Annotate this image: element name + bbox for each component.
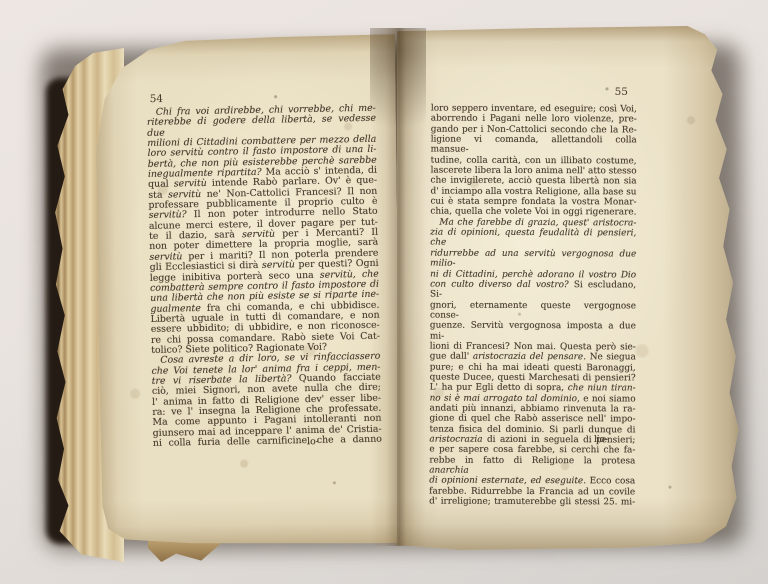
right-page: 55 loro seppero inventare, ed eseguire; …: [397, 26, 747, 550]
text-segment: d' inciampo alla vostra Religione, alla …: [430, 186, 636, 197]
italic-text-segment: Ma che farebbe di grazia, quest' aristoc…: [439, 217, 636, 228]
text-segment: . Ne siegua: [583, 352, 636, 362]
italic-text-segment: ridurrebbe ad una servitù vergognosa due…: [430, 248, 636, 268]
page-number-right: 55: [430, 87, 636, 98]
text-line: gnori, eternamente queste vergognose con…: [430, 300, 636, 322]
page-number-left: 54: [150, 94, 164, 105]
text-line: guenze. Servitù vergognosa imposta a due…: [430, 321, 636, 343]
text-segment: rebbe in fatto di Religione la protesa: [429, 455, 635, 466]
text-line: rebbe in fatto di Religione la protesa a…: [429, 455, 635, 477]
text-segment: tudine, colla carità, con un illibato co…: [431, 155, 637, 166]
text-segment: L' ha pur Egli detto di sopra,: [430, 383, 568, 394]
text-segment: aborrendo i Pagani nelle loro violenze, …: [431, 114, 637, 125]
italic-text-segment: di opinioni esternate, ed eseguite: [429, 476, 583, 487]
text-segment: d' irreligione; tramuterebbe gli stessi …: [429, 497, 635, 508]
text-segment: gione di quel che Rabò asserisce nell' i…: [429, 414, 635, 425]
text-line: zia di opinioni, questa feudalità di pen…: [430, 228, 636, 250]
left-page-text: Chi fra voi ardirebbe, chi vorrebbe, chi…: [147, 104, 382, 449]
italic-text-segment: no si è mai arrogato tal dominio: [430, 393, 577, 404]
text-line: d' irreligione; tramuterebbe gli stessi …: [429, 497, 635, 508]
catchword-left: lo-: [152, 435, 381, 449]
text-line: con culto diverso dal vostro? Si escluda…: [430, 279, 636, 301]
italic-text-segment: zia di opinioni, questa feudalità di pen…: [430, 228, 636, 248]
open-book: 54 Chi fra voi ardirebbe, chi vorrebbe, …: [0, 0, 768, 584]
text-segment: farebbe. Ridurrebbe la Francia ad un cov…: [429, 486, 635, 497]
text-line: ridurrebbe ad una servitù vergognosa due…: [430, 248, 636, 270]
scanned-book-photo: 54 Chi fra voi ardirebbe, chi vorrebbe, …: [0, 0, 768, 584]
text-segment: gando per i Non-Cattolici secondo che la…: [431, 124, 637, 135]
text-segment: gue dall': [430, 352, 473, 362]
italic-text-segment: con culto diverso dal vostro?: [430, 279, 574, 290]
italic-text-segment: ni di Cittadini, perchè adorano il vostr…: [430, 269, 636, 280]
text-segment: che invigilerete, acciò questa libertà n…: [431, 176, 637, 187]
italic-text-segment: aristocrazia del pensare: [473, 352, 583, 362]
italic-text-segment: che niun tiran-: [568, 383, 636, 393]
italic-text-segment: anarchia: [429, 466, 468, 476]
text-segment: ligione vi comanda, allettandoli colla m…: [431, 135, 637, 156]
text-segment: gnori, eternamente queste vergognose con…: [430, 300, 636, 320]
text-segment: , e noi siamo: [577, 394, 636, 404]
left-page: 54 Chi fra voi ardirebbe, chi vorrebbe, …: [95, 34, 401, 547]
text-segment: chia, quella che volete Voi in oggi rige…: [430, 207, 636, 218]
right-page-text: loro seppero inventare, ed eseguire; cos…: [429, 104, 637, 508]
text-segment: . Ecco cosa: [583, 477, 635, 487]
text-line: ligione vi comanda, allettandoli colla m…: [431, 135, 637, 157]
catchword-right: lio-: [430, 435, 636, 445]
text-segment: e per sapere cosa farebbe, si cerchi che…: [429, 445, 635, 456]
text-segment: pure; e chi ha mai ideati questi Baronag…: [430, 362, 636, 373]
text-segment: guenze. Servitù vergognosa imposta a due…: [430, 321, 636, 341]
text-segment: tenza fisica del dominio. Si parli dunqu…: [429, 424, 635, 435]
